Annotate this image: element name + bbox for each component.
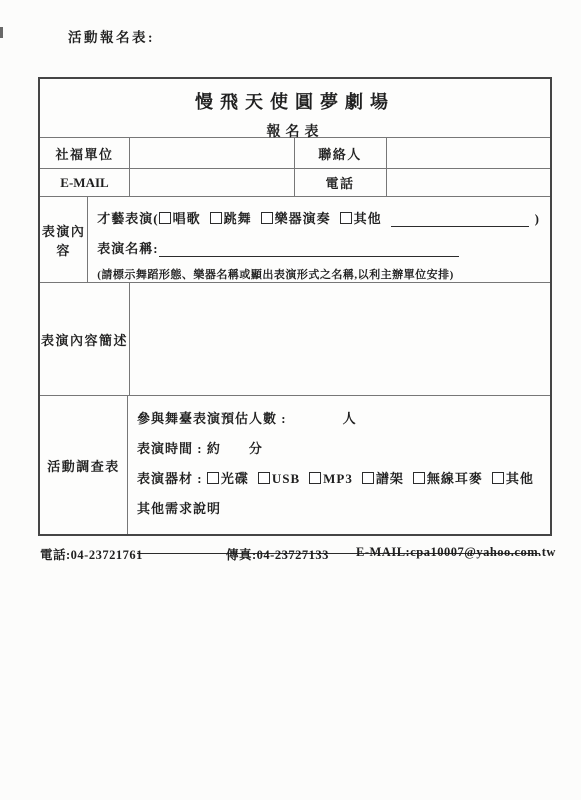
scan-artifact-speck [0, 27, 3, 38]
duration-unit: 分 [249, 441, 263, 456]
performance-row: 表演內容 才藝表演(唱歌跳舞樂器演奏其他) 表演名稱: (請標示舞蹈形態、樂器名… [40, 196, 550, 282]
option-usb: USB [258, 471, 300, 486]
registration-form-table: 慢飛天使圓夢劇場 報名表 社福單位 聯絡人 E-MAIL 電話 表演內容 才藝表… [38, 77, 552, 536]
description-content-cell [129, 283, 550, 395]
checkbox-icon [261, 212, 273, 224]
footer-fax: 傳真:04-23727133 [226, 545, 329, 563]
equipment-line: 表演器材 : 光碟USBMP3譜架無線耳麥其他 [137, 465, 540, 492]
other-blank-line [391, 215, 529, 227]
checkbox-icon [340, 212, 352, 224]
performance-name-label: 表演名稱: [97, 241, 158, 256]
survey-row: 活動調查表 參與舞臺表演預估人數 :人 表演時間 : 約分 表演器材 : 光碟U… [40, 395, 550, 534]
footer-email: E-MAIL:cpa10007@yahoo.com.tw [356, 545, 556, 560]
description-row: 表演內容簡述 [40, 282, 550, 395]
equipment-label: 表演器材 : [137, 471, 207, 486]
phone-label: 電話 [294, 169, 386, 196]
survey-content-cell: 參與舞臺表演預估人數 :人 表演時間 : 約分 表演器材 : 光碟USBMP3譜… [127, 396, 550, 534]
other-needs-line: 其他需求說明 [137, 495, 540, 522]
contact-label: 聯絡人 [294, 138, 386, 168]
header-cell: 慢飛天使圓夢劇場 報名表 [40, 79, 550, 137]
performance-label: 表演內容 [40, 197, 87, 282]
checkbox-icon [413, 472, 425, 484]
checkbox-icon [258, 472, 270, 484]
header-row: 慢飛天使圓夢劇場 報名表 [40, 79, 550, 137]
performance-note: (請標示舞蹈形態、樂器名稱或顯出表演形式之名稱,以利主辦單位安排) [97, 266, 540, 282]
option-equip-other: 其他 [492, 471, 534, 486]
checkbox-icon [492, 472, 504, 484]
talent-suffix: ) [535, 211, 540, 226]
page-title: 活動報名表: [68, 26, 155, 46]
option-mp3: MP3 [309, 471, 353, 486]
checkbox-icon [309, 472, 321, 484]
option-stand: 譜架 [362, 471, 404, 486]
performance-name-line: 表演名稱: [97, 238, 540, 257]
other-needs-label: 其他需求說明 [137, 501, 221, 516]
org-value-cell [129, 138, 294, 168]
org-contact-row: 社福單位 聯絡人 [40, 137, 550, 168]
option-other: 其他 [340, 211, 382, 226]
footer-phone: 電話:04-23721761 [40, 545, 143, 563]
option-dance: 跳舞 [210, 211, 252, 226]
option-instrument: 樂器演奏 [261, 211, 331, 226]
org-label: 社福單位 [40, 138, 129, 168]
checkbox-icon [207, 472, 219, 484]
headcount-line: 參與舞臺表演預估人數 :人 [137, 405, 540, 432]
checkbox-icon [210, 212, 222, 224]
description-label: 表演內容簡述 [40, 283, 129, 395]
headcount-label: 參與舞臺表演預估人數 : [137, 411, 287, 426]
talent-prefix: 才藝表演( [97, 211, 158, 226]
performance-content-cell: 才藝表演(唱歌跳舞樂器演奏其他) 表演名稱: (請標示舞蹈形態、樂器名稱或顯出表… [87, 197, 550, 282]
checkbox-icon [362, 472, 374, 484]
option-sing: 唱歌 [159, 211, 201, 226]
email-label: E-MAIL [40, 169, 129, 196]
option-cd: 光碟 [207, 471, 249, 486]
checkbox-icon [159, 212, 171, 224]
email-phone-row: E-MAIL 電話 [40, 168, 550, 196]
headcount-unit: 人 [343, 411, 357, 426]
duration-line: 表演時間 : 約分 [137, 435, 540, 462]
duration-label: 表演時間 : 約 [137, 441, 221, 456]
form-title: 慢飛天使圓夢劇場 [40, 88, 550, 114]
option-wireless-mic: 無線耳麥 [413, 471, 483, 486]
survey-label: 活動調查表 [40, 396, 127, 534]
contact-value-cell [386, 138, 551, 168]
email-value-cell [129, 169, 294, 196]
talent-options-line: 才藝表演(唱歌跳舞樂器演奏其他) [97, 208, 540, 227]
performance-name-blank-line [159, 245, 459, 257]
phone-value-cell [386, 169, 551, 196]
